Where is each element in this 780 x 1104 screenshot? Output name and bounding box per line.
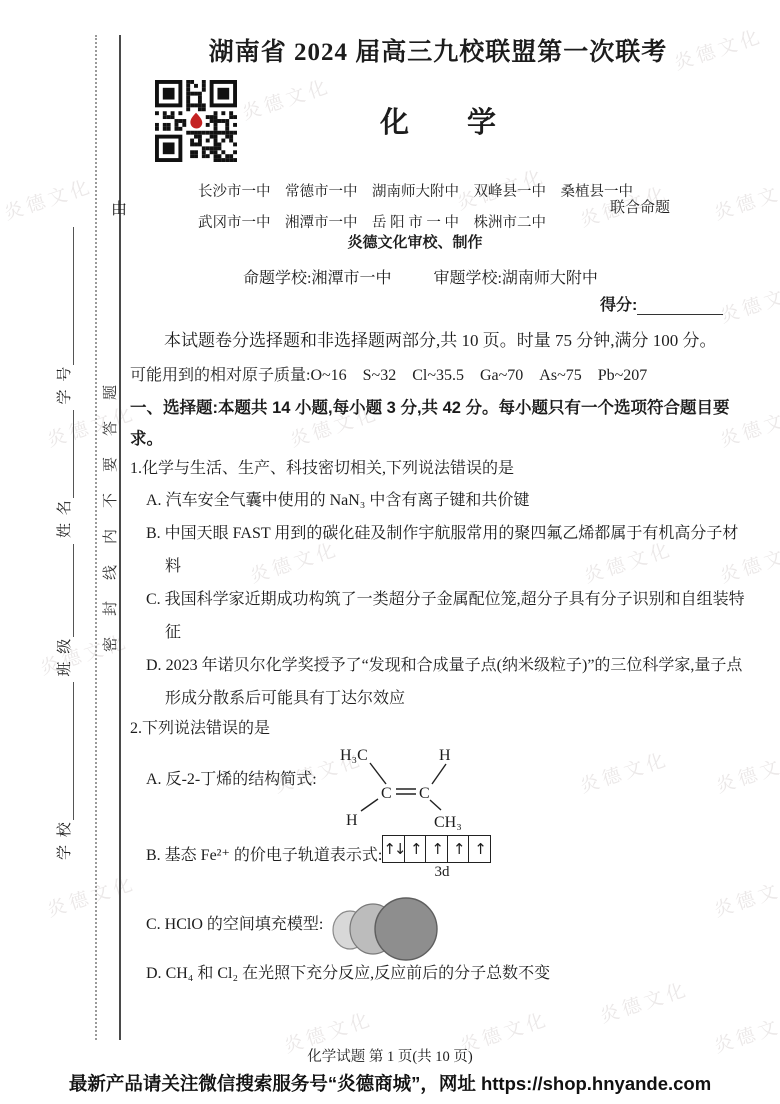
structure-bottom-right: CH₃ [434,814,462,830]
orbital-diagram: ↑↓ ↑ ↑ ↑ ↑ 3d [384,835,500,881]
watermark-text: 炎德文化 [710,171,780,225]
structure-top-right: H [439,747,451,764]
field-studentid-blank [56,227,74,365]
option-2d-text: CH₄ 和 Cl₂ 在光照下充分反应,反应前后的分子总数不变 [166,965,551,982]
score-field: 得分: [600,292,723,315]
orbital-box-3: ↑ [425,835,448,863]
option-2a-text: 反-2-丁烯的结构简式: [166,771,317,788]
orbital-boxes: ↑↓ ↑ ↑ ↑ ↑ [384,835,500,863]
option-2d-label: D. [146,965,162,982]
setter-reviewer-line: 命题学校:湘潭市一中审题学校:湖南师大附中 [243,265,598,288]
watermark-text: 炎德文化 [710,868,780,922]
by-label: 由 [111,196,127,219]
option-1a-text: 汽车安全气囊中使用的 NaN₃ 中含有离子键和共价键 [166,492,530,509]
field-school-label: 学 校 [57,820,73,860]
structure-bottom-left: H [346,812,358,829]
orbital-sublevel-label: 3d [384,864,500,881]
option-1d: D. 2023 年诺贝尔化学奖授予了“发现和合成量子点(纳米级粒子)”的三位科学… [146,649,750,715]
question-1-options: A. 汽车安全气囊中使用的 NaN₃ 中含有离子键和共价键 B. 中国天眼 FA… [146,484,750,715]
field-studentid-label: 学 号 [57,365,73,405]
subject-title: 化 学 [130,100,746,141]
option-2d: D. CH₄ 和 Cl₂ 在光照下充分反应,反应前后的分子总数不变 [146,960,550,983]
orbital-box-4: ↑ [447,835,470,863]
option-1c: C. 我国科学家近期成功构筑了一类超分子金属配位笼,超分子具有分子识别和自组装特… [146,583,750,649]
question-1-number: 1. [130,460,142,477]
setter-school: 命题学校:湘潭市一中 [243,270,391,287]
watermark-text: 炎德文化 [596,974,692,1028]
field-class-label: 班 级 [57,637,73,677]
watermark-text: 炎德文化 [712,744,780,798]
schools-row-2: 武冈市一中 湘潭市一中 岳 阳 市 一 中 株洲市二中 [198,211,546,232]
field-name-label: 姓 名 [57,498,73,538]
orbital-box-5: ↑ [468,835,491,863]
option-1d-text: 2023 年诺贝尔化学奖授予了“发现和合成量子点(纳米级粒子)”的三位科学家,量… [165,657,742,707]
question-2-text: 下列说法错误的是 [142,720,270,737]
butene-structure-diagram: H₃C H C C H CH₃ [336,742,470,830]
field-school-blank [56,682,74,820]
watermark-text: 炎德文化 [43,868,139,922]
watermark-text: 炎德文化 [0,171,96,225]
schools-row-1: 长沙市一中 常德市一中 湖南师大附中 双峰县一中 桑植县一中 [198,180,633,201]
watermark-text: 炎德文化 [716,274,780,328]
structure-right-c: C [419,785,430,802]
orbital-box-2: ↑ [404,835,427,863]
exam-page: 炎德文化炎德文化炎德文化炎德文化炎德文化炎德文化炎德文化炎德文化炎德文化炎德文化… [0,0,780,1104]
option-2c-text: HClO 的空间填充模型: [165,916,324,933]
reviewer-school: 审题学校:湖南师大附中 [433,270,597,287]
seal-dotted-line [95,35,97,1040]
option-1a-label: A. [146,492,162,509]
question-2-stem: 2.下列说法错误的是 [130,715,748,738]
option-2b: B. 基态 Fe²⁺ 的价电子轨道表示式: [146,842,382,865]
joint-proposition-label: 联合命题 [610,196,670,217]
space-filling-model [330,896,440,962]
option-2b-text: 基态 Fe²⁺ 的价电子轨道表示式: [165,847,383,864]
promo-footer: 最新产品请关注微信搜索服务号“炎德商城”，网址 https://shop.hny… [0,1070,780,1096]
orbital-box-1: ↑↓ [382,835,405,863]
option-1c-label: C. [146,591,161,608]
option-2a: A. 反-2-丁烯的结构简式: [146,766,317,789]
option-1a: A. 汽车安全气囊中使用的 NaN₃ 中含有离子键和共价键 [146,484,750,517]
score-label: 得分: [600,297,637,314]
option-1b: B. 中国天眼 FAST 用到的碳化硅及制作宇航服常用的聚四氟乙烯都属于有机高分… [146,517,750,583]
option-2c-label: C. [146,916,161,933]
structure-top-left: H₃C [340,747,368,764]
option-2b-label: B. [146,847,161,864]
atomic-masses: 可能用到的相对原子质量:O~16 S~32 Cl~35.5 Ga~70 As~7… [130,362,770,385]
exam-info: 本试题卷分选择题和非选择题两部分,共 10 页。时量 75 分钟,满分 100 … [130,326,748,351]
section1-heading: 一、选择题:本题共 14 小题,每小题 3 分,共 42 分。每小题只有一个选项… [130,393,748,455]
page-footer: 化学试题 第 1 页(共 10 页) [0,1045,780,1066]
option-1b-label: B. [146,525,161,542]
option-2c: C. HClO 的空间填充模型: [146,911,323,934]
exam-title: 湖南省 2024 届高三九校联盟第一次联考 [130,32,746,68]
option-2a-label: A. [146,771,162,788]
margin-solid-line [119,35,121,1040]
review-note: 炎德文化审校、制作 [130,231,700,252]
structure-left-c: C [381,785,392,802]
option-1b-text: 中国天眼 FAST 用到的碳化硅及制作宇航服常用的聚四氟乙烯都属于有机高分子材料 [165,525,739,575]
question-2-number: 2. [130,720,142,737]
model-atom-large [375,898,437,960]
option-1c-text: 我国科学家近期成功构筑了一类超分子金属配位笼,超分子具有分子识别和自组装特征 [165,591,745,641]
seal-line-text: 密封线内不要答题 [99,362,119,652]
question-1-stem: 1.化学与生活、生产、科技密切相关,下列说法错误的是 [130,455,748,478]
field-name-blank [56,410,74,498]
student-info-fields: 学 校 班 级 姓 名 学 号 [53,150,77,860]
question-1-text: 化学与生活、生产、科技密切相关,下列说法错误的是 [142,460,514,477]
option-1d-label: D. [146,657,162,674]
field-class-blank [56,544,74,637]
watermark-text: 炎德文化 [576,744,672,798]
score-blank [637,298,723,315]
